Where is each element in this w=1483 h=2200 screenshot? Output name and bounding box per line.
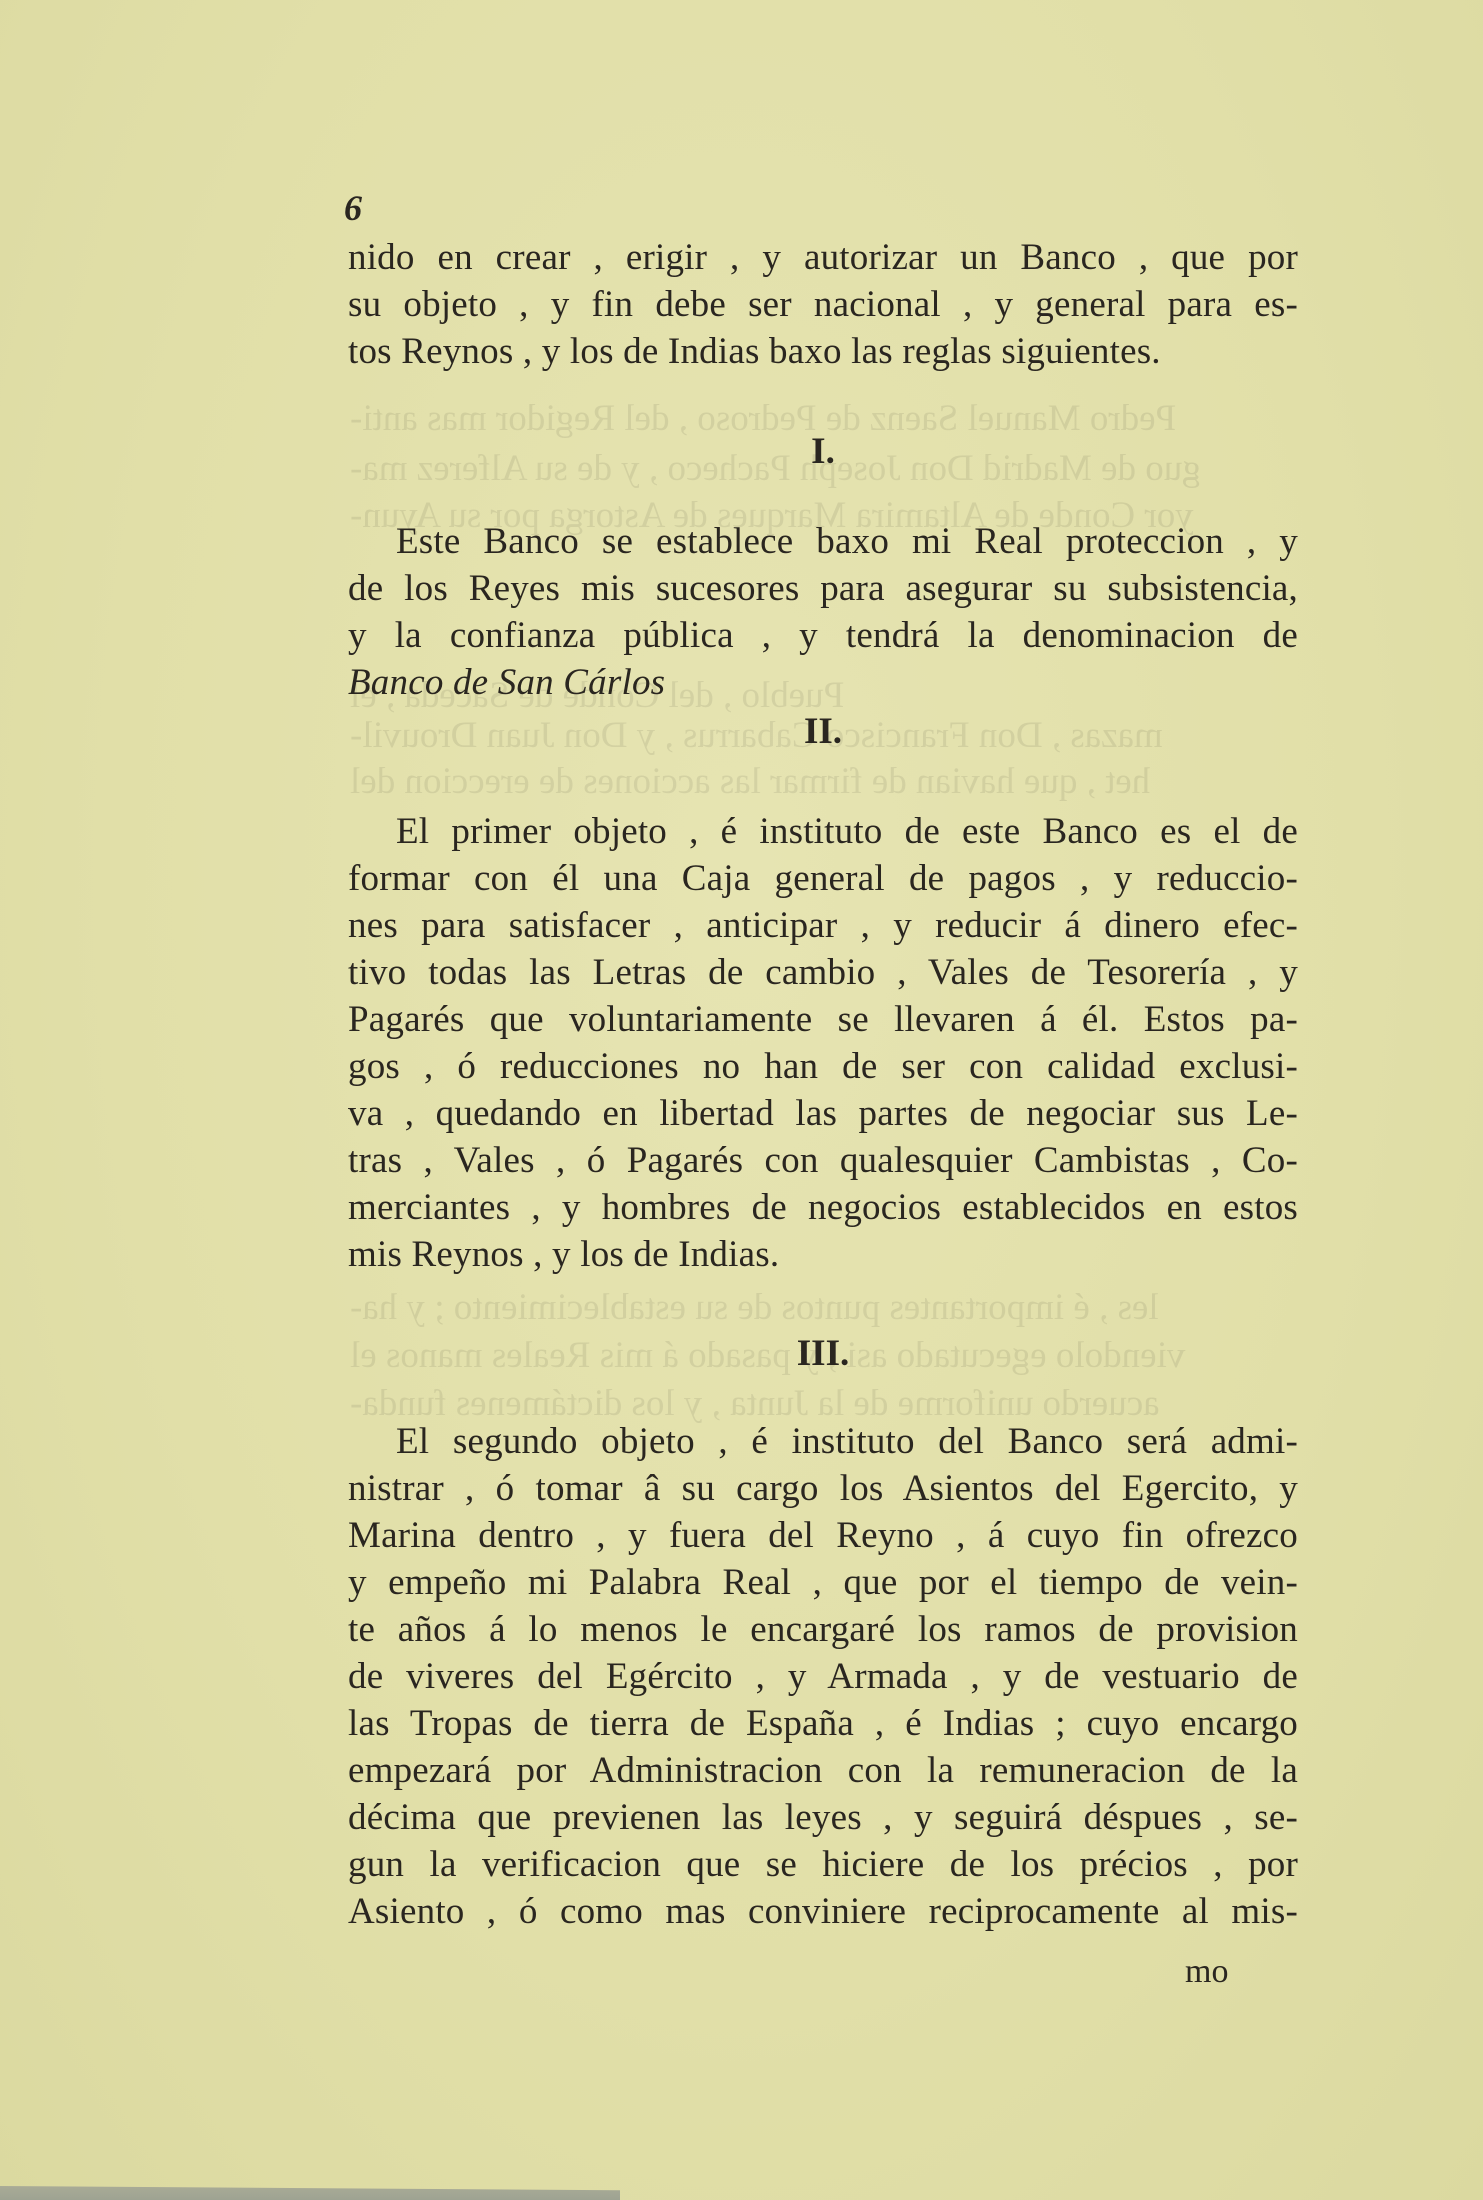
bank-name-italic: Banco de San Cárlos xyxy=(348,659,1298,706)
section-i-paragraph: Este Banco se establece baxo mi Real pro… xyxy=(348,518,1298,706)
catchword: mo xyxy=(1185,1948,1228,1995)
text-line: décima que previenen las leyes , y segui… xyxy=(348,1794,1298,1841)
section-heading-ii: II. xyxy=(348,708,1298,755)
text-line: su objeto , y fin debe ser nacional , y … xyxy=(348,281,1298,328)
text-line: Marina dentro , y fuera del Reyno , á cu… xyxy=(348,1512,1298,1559)
text-line: El primer objeto , é instituto de este B… xyxy=(348,808,1298,855)
section-heading-iii: III. xyxy=(348,1330,1298,1377)
text-line: formar con él una Caja general de pagos … xyxy=(348,855,1298,902)
text-line: tos Reynos , y los de Indias baxo las re… xyxy=(348,328,1298,375)
intro-paragraph: nido en crear , erigir , y autorizar un … xyxy=(348,234,1298,375)
section-heading-i: I. xyxy=(348,428,1298,475)
text-line: empezará por Administracion con la remun… xyxy=(348,1747,1298,1794)
text-line: El segundo objeto , é instituto del Banc… xyxy=(348,1418,1298,1465)
text-line: Este Banco se establece baxo mi Real pro… xyxy=(348,518,1298,565)
text-line: de viveres del Egército , y Armada , y d… xyxy=(348,1653,1298,1700)
page-number: 6 xyxy=(344,190,362,226)
bleed-through-line: het , que havian de firmar las acciones … xyxy=(350,758,1150,805)
text-line: nido en crear , erigir , y autorizar un … xyxy=(348,234,1298,281)
text-line: y empeño mi Palabra Real , que por el ti… xyxy=(348,1559,1298,1606)
text-line: las Tropas de tierra de España , é India… xyxy=(348,1700,1298,1747)
text-line: tras , Vales , ó Pagarés con qualesquier… xyxy=(348,1137,1298,1184)
text-line: merciantes , y hombres de negocios estab… xyxy=(348,1184,1298,1231)
text-line: gos , ó reducciones no han de ser con ca… xyxy=(348,1043,1298,1090)
text-line: te años á lo menos le encargaré los ramo… xyxy=(348,1606,1298,1653)
text-line: gun la verificacion que se hiciere de lo… xyxy=(348,1841,1298,1888)
text-line: Asiento , ó como mas conviniere reciproc… xyxy=(348,1888,1298,1935)
text-line: Pagarés que voluntariamente se llevaren … xyxy=(348,996,1298,1043)
text-line: va , quedando en libertad las partes de … xyxy=(348,1090,1298,1137)
bleed-through-line: les , é importantes puntos de su estable… xyxy=(350,1284,1159,1331)
text-line: nes para satisfacer , anticipar , y redu… xyxy=(348,902,1298,949)
text-line: mis Reynos , y los de Indias. xyxy=(348,1231,1298,1278)
text-line: tivo todas las Letras de cambio , Vales … xyxy=(348,949,1298,996)
text-line: y la confianza pública , y tendrá la den… xyxy=(348,612,1298,659)
text-line: nistrar , ó tomar â su cargo los Asiento… xyxy=(348,1465,1298,1512)
section-iii-paragraph: El segundo objeto , é instituto del Banc… xyxy=(348,1418,1298,1935)
section-ii-paragraph: El primer objeto , é instituto de este B… xyxy=(348,808,1298,1278)
text-line: de los Reyes mis sucesores para asegurar… xyxy=(348,565,1298,612)
